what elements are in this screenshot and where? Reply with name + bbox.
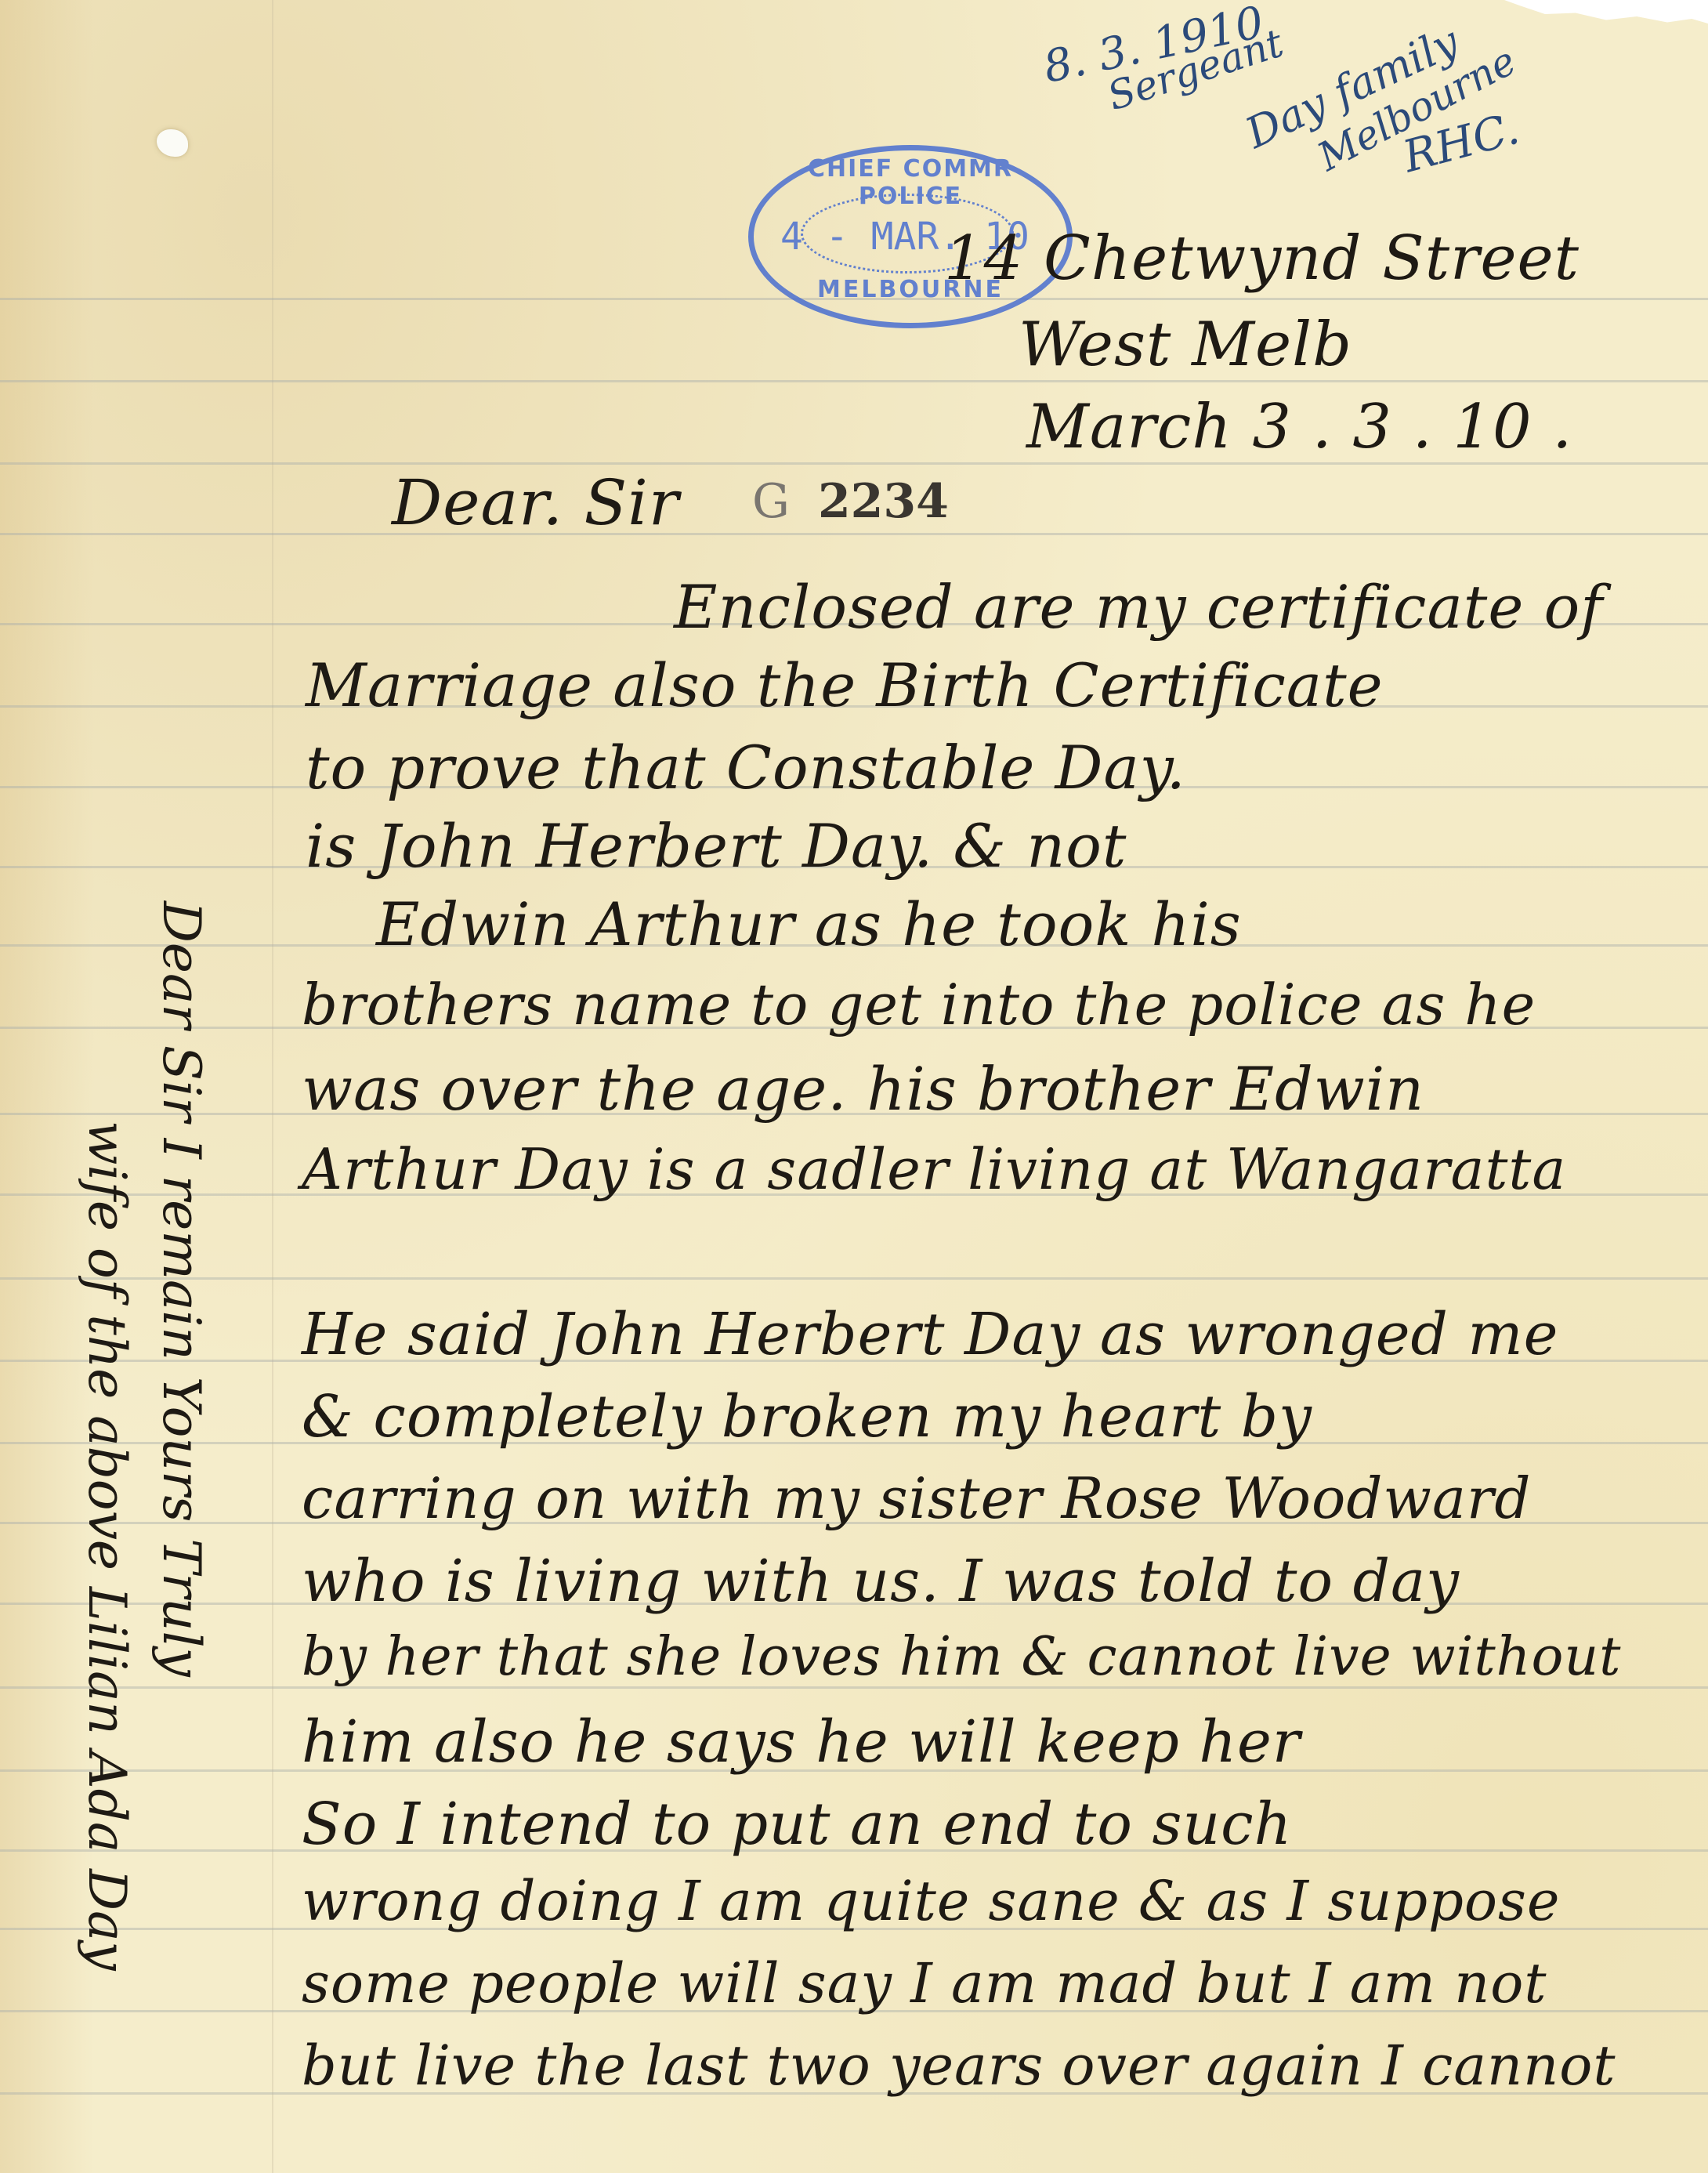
address-suburb: West Melb (1019, 310, 1352, 380)
margin-closing: Dear Sir I remain Yours Truly (151, 901, 212, 1677)
letter-line: but live the last two years over again I… (302, 2034, 1616, 2098)
salutation: Dear. Sir (392, 466, 679, 539)
margin-signature: wife of the above Lilian Ada Day (77, 1121, 137, 1971)
letter-line: Arthur Day is a sadler living at Wangara… (302, 1136, 1566, 1202)
ruled-line (0, 462, 1708, 465)
ruled-line (0, 533, 1708, 535)
letter-line: who is living with us. I was told to day (302, 1548, 1460, 1615)
letter-line: carring on with my sister Rose Woodward (302, 1465, 1532, 1531)
letter-line: Edwin Arthur as he took his (376, 889, 1242, 959)
registry-prefix: G (752, 474, 790, 529)
letter-line: So I intend to put an end to such (302, 1791, 1292, 1858)
letter-line: Enclosed are my certificate of (674, 572, 1603, 642)
letter-line: by her that she loves him & cannot live … (302, 1626, 1622, 1688)
ruled-line (0, 380, 1708, 382)
letter-line: & completely broken my heart by (302, 1383, 1312, 1450)
letter-line: Marriage also the Birth Certificate (306, 650, 1384, 720)
letter-line: to prove that Constable Day. (306, 733, 1186, 802)
letter-line: is John Herbert Day. & not (306, 811, 1127, 881)
registry-number: G2234 (752, 474, 949, 529)
ruled-line (0, 1277, 1708, 1280)
letter-line: him also he says he will keep her (302, 1708, 1301, 1776)
address-street: 14 Chetwynd Street (944, 223, 1580, 294)
letter-line: was over the age. his brother Edwin (302, 1054, 1424, 1124)
letter-line: He said John Herbert Day as wronged me (302, 1301, 1558, 1368)
registry-value: 2234 (818, 474, 949, 529)
stamp-top-text: CHIEF COMMR POLICE (785, 155, 1036, 210)
letter-line: some people will say I am mad but I am n… (302, 1951, 1547, 2015)
fold-line (272, 0, 273, 2173)
letter-line: brothers name to get into the police as … (302, 972, 1536, 1038)
letter-date: March 3 . 3 . 10 . (1026, 392, 1572, 462)
letter-line: wrong doing I am quite sane & as I suppo… (302, 1869, 1560, 1933)
